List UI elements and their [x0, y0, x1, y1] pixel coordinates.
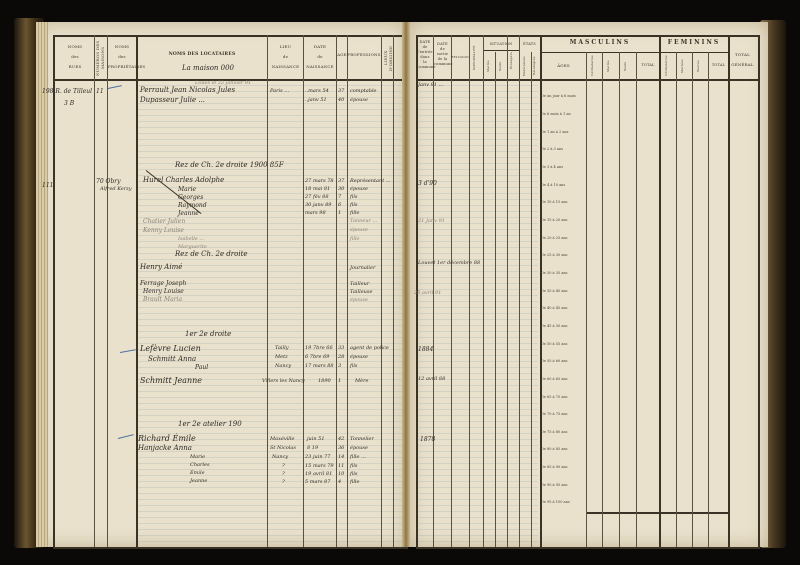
divider [451, 35, 452, 547]
age-range-label: De 60 à 65 ans [541, 377, 567, 381]
birth-date: juin 51 [307, 436, 325, 442]
age: 10 [338, 471, 344, 477]
profession: épouse [350, 445, 368, 451]
profession: fils [350, 363, 358, 369]
gender-subheader-rule [540, 52, 728, 53]
age-range-label: De 4 à 10 ans [541, 183, 565, 187]
age: 37 [338, 178, 344, 184]
profession: épouse [350, 227, 368, 233]
street-name: 198 R. de Tilleul [42, 88, 92, 95]
header-maries: Mariés [486, 55, 494, 77]
birth-date: ..mars 54 [305, 88, 329, 94]
tenant-name: Lefèvre Lucien [140, 344, 201, 353]
divider [267, 35, 268, 547]
age-range-label: De 40 à 45 ans [541, 306, 567, 310]
tenant-name: Charles [190, 462, 210, 468]
profession: épouse [350, 297, 368, 303]
header-total-general: TOTAL GÉNÉRAL [729, 52, 756, 67]
profession: Mère [355, 378, 368, 384]
header-nationalite: NATIONALITÉ [472, 40, 481, 76]
tenant-name: Schmitt Jeanne [140, 376, 202, 385]
header-numeros: NUMÉROS DES MAISONS [95, 40, 106, 76]
header-f-veuves: Veuves [696, 55, 704, 77]
birth-place: Tailly [275, 345, 289, 351]
divider [692, 52, 693, 547]
header-m-celibataires: Célibataires [590, 55, 598, 77]
divider [659, 35, 661, 547]
age-range-label: De 95 à 100 ans [541, 500, 570, 504]
birth-date: ..janv 51 [305, 97, 327, 103]
divider [495, 52, 496, 547]
header-feminins: FEMININS [660, 40, 728, 45]
age: 28 [338, 354, 344, 360]
tenant-name: Richard Émile [138, 434, 196, 443]
header-naturalises: Naturalisés [522, 55, 530, 77]
age-range-label: De 80 à 85 ans [541, 447, 567, 451]
profession: épouse [350, 97, 368, 103]
tenant-name: Émile [190, 470, 205, 476]
header-text: LIEU [268, 44, 303, 49]
header-text: DATE [304, 44, 336, 49]
tenant-name: Henry Aimé [140, 263, 182, 271]
divider [393, 35, 394, 547]
header-text: NOMS [108, 44, 136, 49]
age-range-label: De 25 à 30 ans [541, 253, 567, 257]
profession: épouse [350, 354, 368, 360]
age-range-label: De 45 à 50 ans [541, 324, 567, 328]
profession: Tanneur ... [350, 218, 377, 224]
header-text: commune [417, 65, 433, 70]
header-ages: ÂGES [541, 63, 586, 68]
profession: Tonnelier [350, 436, 374, 442]
section-heading: 1er 2e droite [185, 330, 231, 338]
age-range-label: De 35 à 40 ans [541, 289, 567, 293]
tenant-name: Perrault Jean Nicolas Jules [140, 86, 235, 94]
page-edges [36, 22, 48, 547]
profession: fils [350, 471, 358, 477]
right-header-rule [416, 79, 758, 81]
age: 3 [338, 363, 341, 369]
birth-place: ? [282, 471, 285, 477]
header-m-total: TOTAL [637, 63, 659, 68]
age: 1 [338, 210, 341, 216]
profession: agent de police [350, 345, 389, 351]
age: 42 [338, 436, 344, 442]
profession: Tailleur [350, 281, 369, 287]
birth-place: Villers les Nancy [262, 378, 305, 384]
header-handwritten-note: La maison 000 [182, 64, 234, 72]
house-name: 70 Obry [96, 178, 121, 185]
header-professions: PROFESSIONS [347, 52, 381, 57]
tenant-name: Jeanne [190, 478, 207, 484]
section-heading: 1er 2e atelier 190 [178, 420, 242, 428]
birth-date: mars 98 [305, 210, 326, 216]
header-religion: RELIGION [451, 55, 469, 60]
birth-date: 5 mars 87 [305, 479, 330, 485]
birth-date: 18 mai 81 [305, 186, 330, 192]
header-text: NAISSANCE [304, 64, 336, 69]
divider [531, 52, 532, 547]
age-range-label: De 3 à 4 ans [541, 165, 563, 169]
age-range-label: De 2 à 3 ans [541, 147, 563, 151]
age: 7 [338, 194, 341, 200]
tenant-name: Paul [195, 364, 208, 371]
divider [507, 35, 508, 547]
divider [708, 52, 709, 547]
birth-place: Metz [275, 354, 288, 360]
profession: comptable [350, 88, 377, 94]
age-range-label: De 90 à 95 ans [541, 483, 567, 487]
age: 36 [338, 445, 344, 451]
divider [469, 35, 470, 547]
header-m-maries: Mariés [606, 55, 614, 77]
header-f-celibataires: Célibataires [664, 55, 672, 77]
birth-date: 1890 [318, 378, 331, 384]
header-locataires: NOMS DES LOCATAIRES [138, 52, 266, 57]
age-range-label: De un jour à 6 mois [541, 94, 576, 98]
birth-date: 30 janv 89 [305, 202, 331, 208]
entry-date: 12 avril 88 [418, 376, 445, 382]
entry-date: 1878 [420, 436, 435, 443]
house-number: 11 [96, 88, 104, 95]
header-etats: ÉTATS [519, 42, 540, 47]
birth-date: 27 mars 78 [305, 178, 334, 184]
profession: fille [350, 479, 360, 485]
birth-place: ? [282, 463, 285, 469]
profession: fils [350, 194, 358, 200]
header-etrangers: Étrangers [509, 45, 517, 75]
age-range-label: De 75 à 80 ans [541, 430, 567, 434]
entry-date: Louvet 1er décembre 88 [418, 260, 480, 266]
divider [136, 35, 138, 547]
totals-rule [586, 512, 728, 514]
profession: Représentant ... [350, 178, 391, 184]
header-proprietaires: NOMS des PROPRIÉTAIRES [108, 44, 136, 69]
entry-date: 3 d'90 [418, 180, 437, 187]
entry-number: 111 [42, 182, 53, 189]
header-veufs: Veufs [498, 55, 506, 77]
header-text: NOMS [56, 44, 94, 49]
header-m-veufs: Veufs [623, 55, 631, 77]
age: 40 [338, 97, 344, 103]
birth-place: Paris ... [270, 88, 289, 94]
birth-place: ? [282, 479, 285, 485]
profession: Tailleuse [350, 289, 372, 295]
divider [586, 52, 587, 547]
header-date-naissance: DATE de NAISSANCE [304, 44, 336, 69]
birth-date: 23 juin 77 [305, 454, 331, 460]
entry-date: Janv 91 ... [418, 82, 443, 88]
birth-place: Nancy [275, 363, 291, 369]
section-heading: Rez de Ch. 2e droite [175, 250, 248, 258]
birth-date: 17 mars 88 [305, 363, 334, 369]
tenant-name: Dupasseur Julie ... [140, 96, 205, 104]
birth-place: Nancy [272, 454, 288, 460]
profession: fille [350, 210, 360, 216]
birth-date: 19 7bre 66 [305, 345, 333, 351]
tenant-name: Marie [178, 186, 196, 193]
birth-place: Maxéville [270, 436, 294, 442]
header-text: de [268, 54, 303, 59]
age-range-label: De 65 à 70 ans [541, 395, 567, 399]
profession: épouse [350, 186, 368, 192]
tenant-name: Marie [190, 454, 205, 460]
tenant-name: Brault Maria [143, 296, 182, 303]
header-origine: LIEUX D'ORIGINE [383, 40, 393, 76]
profession: fils [350, 463, 358, 469]
divider [381, 35, 382, 547]
book-gutter [402, 22, 410, 547]
header-text: de [304, 54, 336, 59]
header-text: commune [434, 62, 451, 67]
entry-date: 1884 [418, 346, 433, 353]
profession: fille [350, 236, 360, 242]
header-text: TOTAL [729, 52, 756, 57]
age-range-label: De 10 à 15 ans [541, 200, 567, 204]
age: 4 [338, 479, 341, 485]
divider [636, 52, 637, 547]
header-date-entree: DATE de l'entrée dans la commune [417, 40, 433, 70]
age: 33 [338, 345, 344, 351]
divider [94, 35, 95, 547]
birth-place: St Nicolas [270, 445, 296, 451]
age: 11 [338, 463, 344, 469]
header-text: PROPRIÉTAIRES [108, 64, 136, 69]
age-range-label: De 20 à 25 ans [541, 236, 567, 240]
divider [303, 35, 304, 547]
divider [483, 35, 484, 547]
tenant-name: Kenny Louise [143, 227, 184, 234]
divider [602, 52, 603, 547]
age-range-label: De 15 à 20 ans [541, 218, 567, 222]
entry-date: 25 avril 91 [414, 290, 441, 296]
divider [728, 35, 730, 547]
age-range-label: De 70 à 75 ans [541, 412, 567, 416]
street-subnumber: 3 B [64, 100, 74, 107]
age: 1 [338, 378, 341, 384]
tenant-name: Chatier Julien [143, 218, 185, 225]
tenant-name: Schmitt Anna [148, 355, 196, 363]
header-text: des [108, 54, 136, 59]
divider [619, 52, 620, 547]
header-text: NAISSANCE [268, 64, 303, 69]
birth-date: 27 fév 88 [305, 194, 329, 200]
header-text: de sortie [434, 47, 451, 57]
profession: Journalier [350, 265, 375, 271]
birth-date: 15 mars 79 [305, 463, 334, 469]
tenant-name: Hanjacke Anna [138, 444, 192, 452]
owner-name: Alfred Kerzy [100, 186, 132, 192]
profession: fille ... [350, 454, 366, 460]
divider [676, 52, 677, 547]
age-range-label: De 30 à 35 ans [541, 271, 567, 275]
header-text: des [56, 54, 94, 59]
section-heading: Rez de Ch. 2e droite 1900 85F [175, 161, 284, 169]
header-date-sortie: DATE de sortie de la commune [434, 42, 451, 67]
age: 30 [338, 186, 344, 192]
age-range-label: De 85 à 90 ans [541, 465, 567, 469]
divider [107, 35, 108, 547]
header-f-total: TOTAL [709, 63, 728, 68]
header-f-mariees: Mariées [680, 55, 688, 77]
tenant-name: Jeanne [178, 210, 199, 217]
age: 14 [338, 454, 344, 460]
divider [347, 35, 348, 547]
birth-date: 6 7bre 69 [305, 354, 329, 360]
profession: fils [350, 202, 358, 208]
entry-date: 21 Janv 91 [418, 218, 445, 224]
age-range-label: De 1 an à 2 ans [541, 130, 568, 134]
divider [336, 35, 337, 547]
header-lieu-naissance: LIEU de NAISSANCE [268, 44, 303, 69]
divider [519, 35, 520, 547]
age: 37 [338, 88, 344, 94]
tenant-name: Isabelle ... [178, 236, 204, 242]
age-range-label: De 6 mois à 1 an [541, 112, 571, 116]
header-rues: NOMS des RUES [56, 44, 94, 69]
age-range-label: De 50 à 55 ans [541, 342, 567, 346]
header-text: GÉNÉRAL [729, 62, 756, 67]
birth-date: 8 19 [307, 445, 318, 451]
header-masculins: MASCULINS [541, 40, 659, 45]
age: 6 [338, 202, 341, 208]
header-reintegres: Réintégrés [532, 55, 540, 77]
age-range-label: De 55 à 60 ans [541, 359, 567, 363]
tenant-name: Ferrage Joseph [140, 280, 186, 287]
header-text: RUES [56, 64, 94, 69]
tenant-name: Henry Louise [143, 288, 184, 295]
birth-date: 19 avril 81 [305, 471, 332, 477]
